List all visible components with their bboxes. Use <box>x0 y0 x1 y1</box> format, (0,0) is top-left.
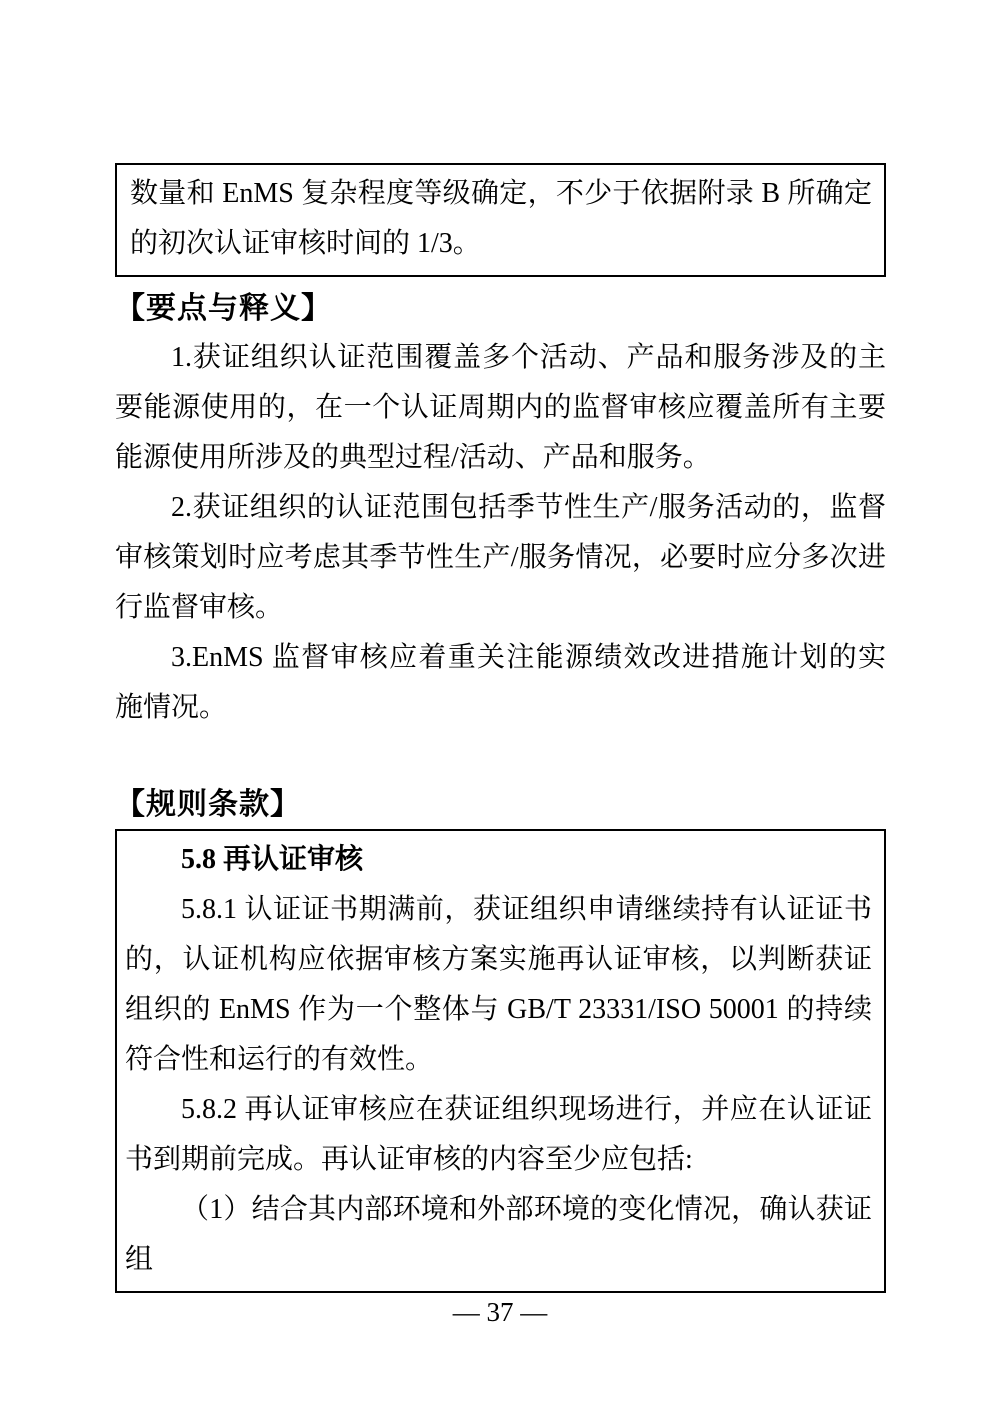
key-points-paragraph-1: 1.获证组织认证范围覆盖多个活动、产品和服务涉及的主要能源使用的，在一个认证周期… <box>115 333 886 483</box>
document-page: 数量和 EnMS 复杂程度等级确定，不少于依据附录 B 所确定的初次认证审核时间… <box>0 0 1000 1414</box>
rules-subheading: 5.8 再认证审核 <box>125 835 872 885</box>
rules-paragraph-item-1: （1）结合其内部环境和外部环境的变化情况，确认获证组 <box>125 1185 872 1285</box>
key-points-paragraph-2: 2.获证组织的认证范围包括季节性生产/服务活动的，监督审核策划时应考虑其季节性生… <box>115 483 886 633</box>
continuation-text: 数量和 EnMS 复杂程度等级确定，不少于依据附录 B 所确定的初次认证审核时间… <box>130 169 872 269</box>
key-points-heading: 【要点与释义】 <box>115 291 886 327</box>
rules-paragraph-582: 5.8.2 再认证审核应在获证组织现场进行，并应在认证证书到期前完成。再认证审核… <box>125 1085 872 1185</box>
rules-paragraph-581: 5.8.1 认证证书期满前，获证组织申请继续持有认证证书的，认证机构应依据审核方… <box>125 885 872 1085</box>
rules-heading: 【规则条款】 <box>115 787 886 823</box>
continuation-text-box: 数量和 EnMS 复杂程度等级确定，不少于依据附录 B 所确定的初次认证审核时间… <box>115 163 886 277</box>
key-points-paragraph-3: 3.EnMS 监督审核应着重关注能源绩效改进措施计划的实施情况。 <box>115 633 886 733</box>
page-number: — 37 — <box>0 1296 1000 1328</box>
rule-clause-box: 5.8 再认证审核 5.8.1 认证证书期满前，获证组织申请继续持有认证证书的，… <box>115 829 886 1293</box>
